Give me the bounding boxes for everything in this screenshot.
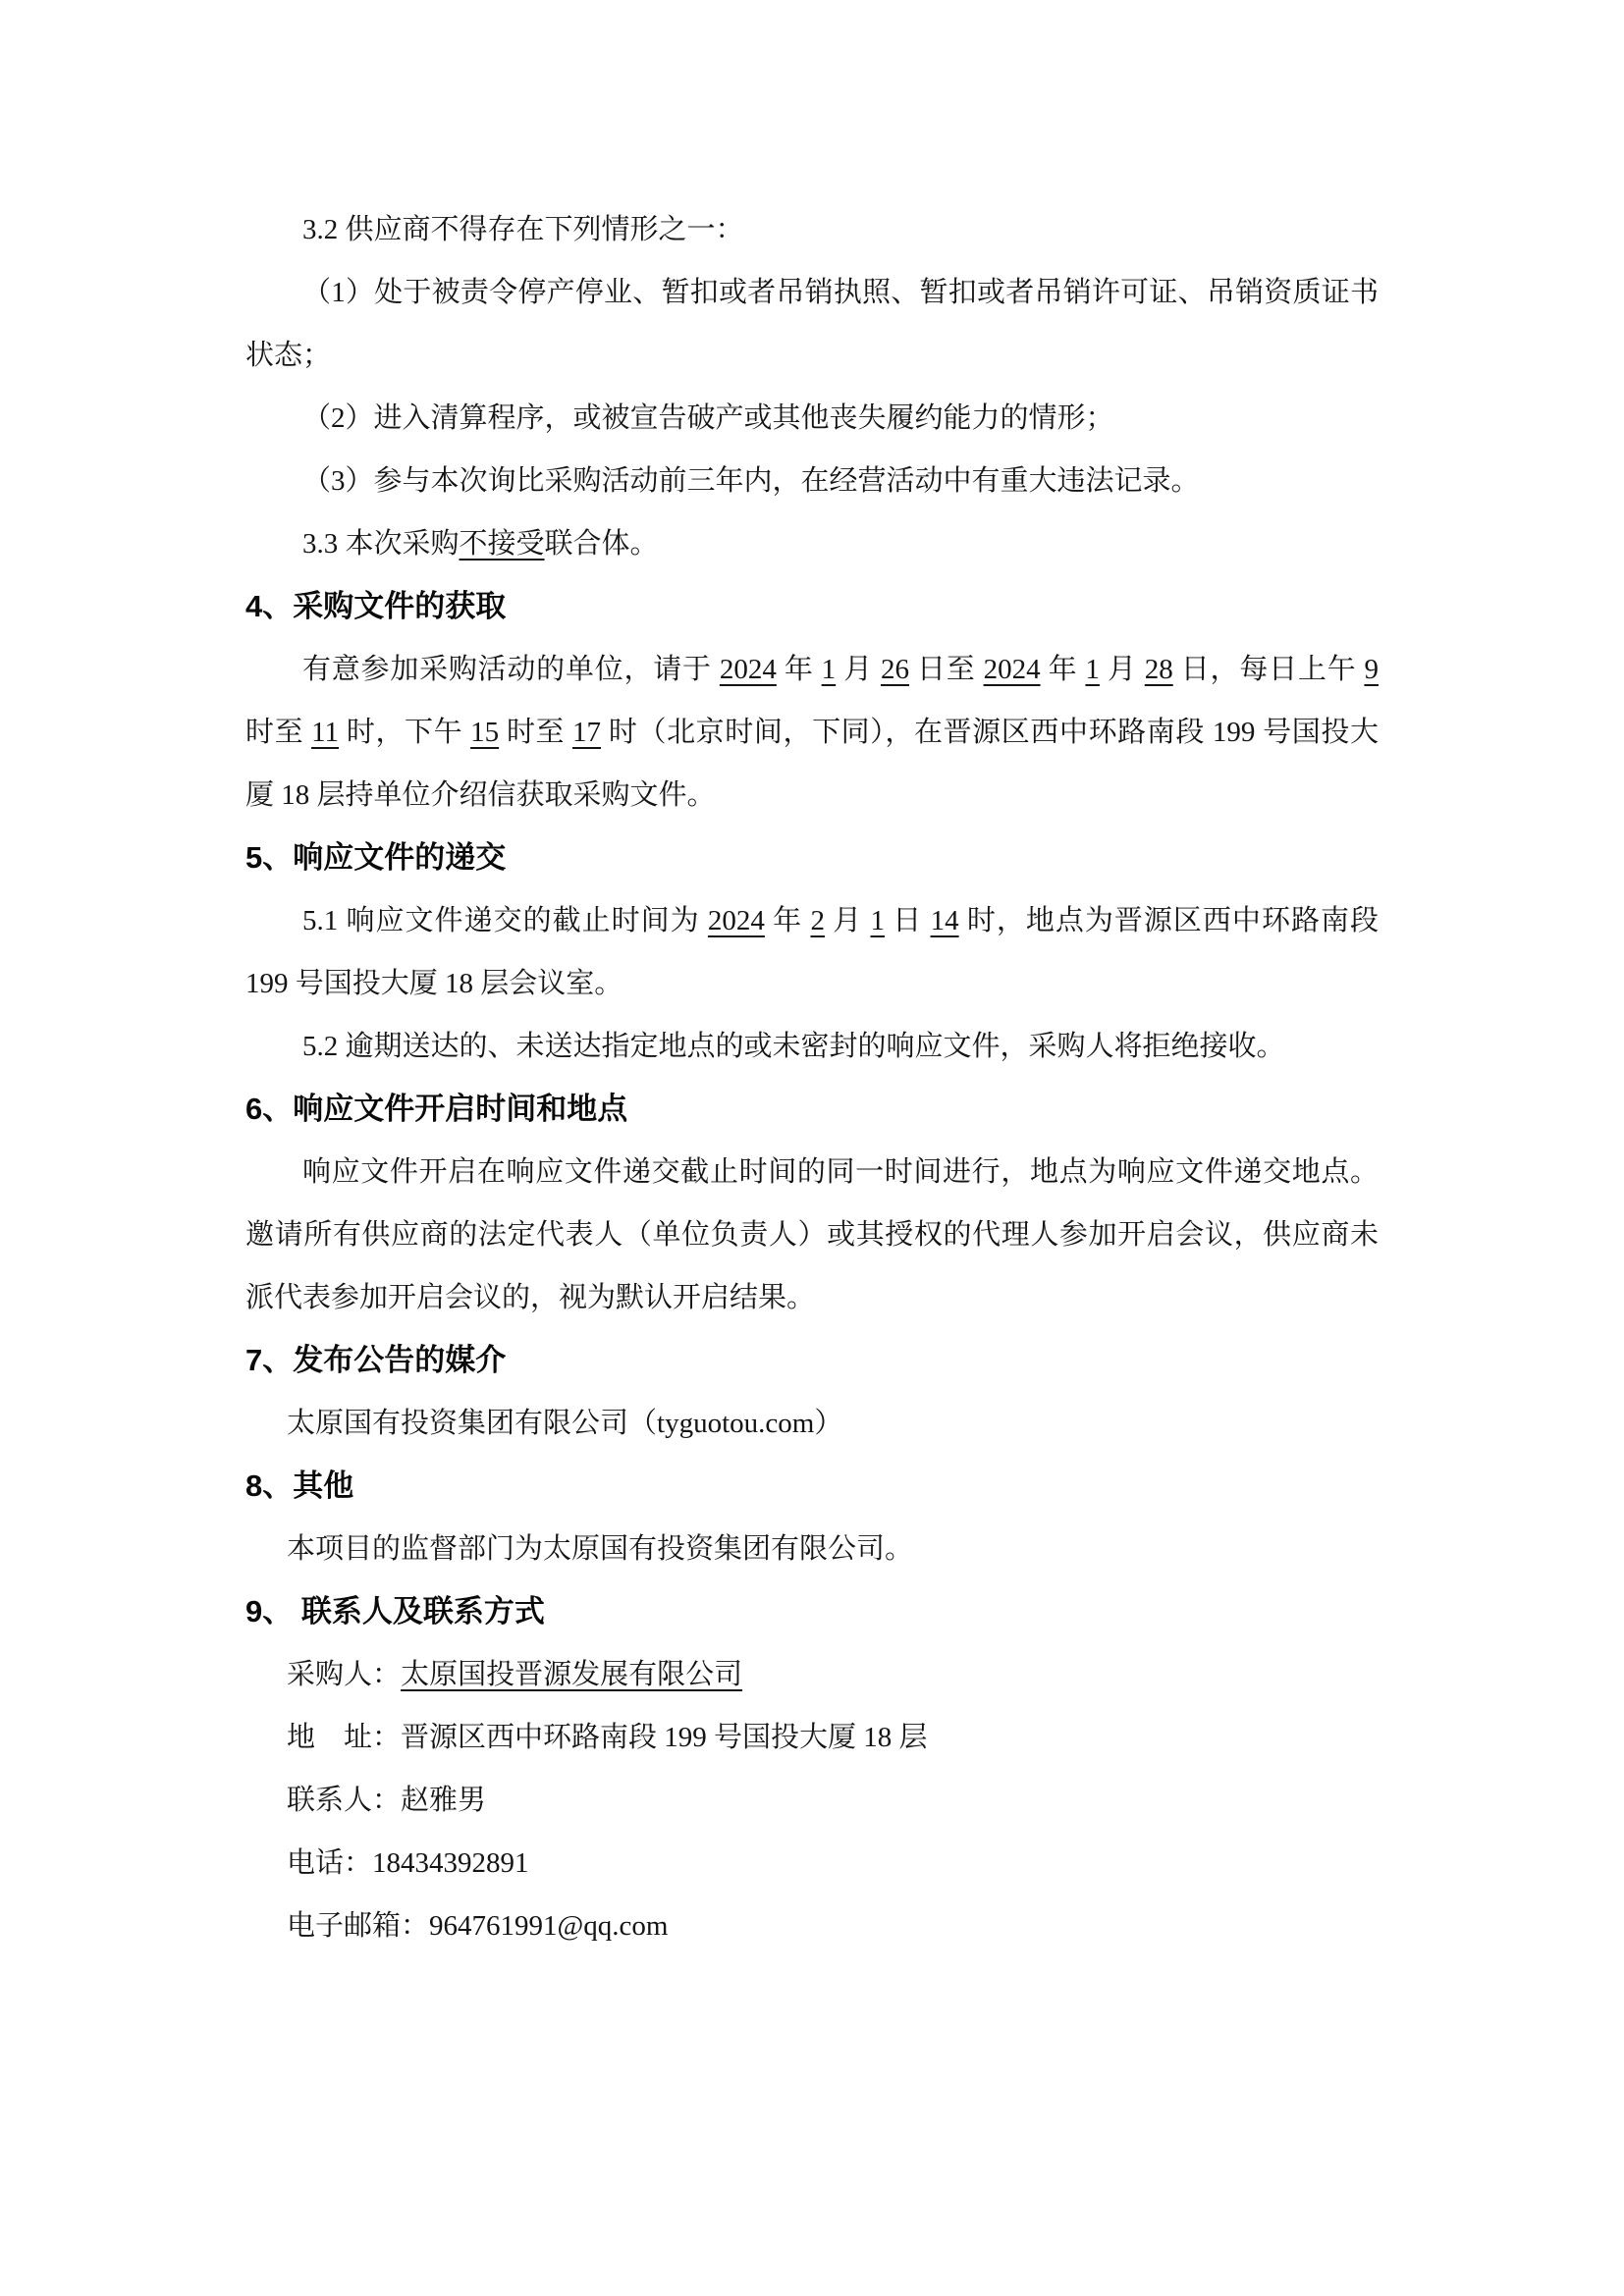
text-run: 7、发布公告的媒介: [245, 1343, 506, 1377]
text-run: 联系人：赵雅男: [287, 1785, 486, 1816]
underlined-text: 2024: [720, 654, 777, 685]
paragraph: 3.3 本次采购不接受联合体。: [245, 512, 1379, 575]
paragraph: 电子邮箱：964761991@qq.com: [245, 1895, 1379, 1957]
section-heading: 4、采购文件的获取: [245, 575, 1379, 638]
text-run: 4、采购文件的获取: [245, 589, 506, 623]
section-heading: 7、发布公告的媒介: [245, 1329, 1379, 1392]
text-run: 年: [777, 654, 822, 685]
document-body: 3.2 供应商不得存在下列情形之一：（1）处于被责令停产停业、暂扣或者吊销执照、…: [245, 198, 1379, 1957]
text-run: （3）参与本次询比采购活动前三年内，在经营活动中有重大违法记录。: [302, 465, 1200, 497]
underlined-text: 14: [931, 905, 959, 936]
paragraph: 联系人：赵雅男: [245, 1769, 1379, 1832]
underlined-text: 26: [881, 654, 909, 685]
text-run: 电子邮箱：964761991@qq.com: [287, 1910, 668, 1942]
underlined-text: 太原国投晋源发展有限公司: [401, 1659, 742, 1690]
paragraph: 响应文件开启在响应文件递交截止时间的同一时间进行，地点为响应文件递交地点。邀请所…: [245, 1141, 1379, 1329]
text-run: 时至: [245, 717, 311, 748]
text-run: 有意参加采购活动的单位，请于: [302, 654, 720, 685]
paragraph: 本项目的监督部门为太原国有投资集团有限公司。: [245, 1518, 1379, 1580]
text-run: 太原国有投资集团有限公司（tyguotou.com）: [287, 1408, 842, 1439]
underlined-text: 1: [871, 905, 886, 936]
text-run: 联合体。: [545, 528, 659, 560]
paragraph: 5.1 响应文件递交的截止时间为 2024 年 2 月 1 日 14 时，地点为…: [245, 889, 1379, 1015]
underlined-text: 11: [311, 717, 339, 748]
paragraph: 太原国有投资集团有限公司（tyguotou.com）: [245, 1392, 1379, 1455]
text-run: 电话：18434392891: [287, 1847, 529, 1879]
underlined-text: 1: [1085, 654, 1100, 685]
text-run: 5.2 逾期送达的、未送达指定地点的或未密封的响应文件，采购人将拒绝接收。: [302, 1031, 1285, 1062]
text-run: 响应文件开启在响应文件递交截止时间的同一时间进行，地点为响应文件递交地点。邀请所…: [245, 1156, 1379, 1313]
text-run: 3.2 供应商不得存在下列情形之一：: [302, 214, 744, 245]
text-run: 5.1 响应文件递交的截止时间为: [302, 905, 708, 936]
underlined-text: 2: [810, 905, 825, 936]
text-run: 日，每日上午: [1173, 654, 1365, 685]
text-run: 时至: [499, 717, 572, 748]
underlined-text: 2024: [708, 905, 765, 936]
text-run: 6、响应文件开启时间和地点: [245, 1092, 627, 1126]
section-heading: 5、响应文件的递交: [245, 827, 1379, 889]
text-run: 月: [825, 905, 871, 936]
text-run: （1）处于被责令停产停业、暂扣或者吊销执照、暂扣或者吊销许可证、吊销资质证书状态…: [245, 277, 1379, 371]
paragraph: （3）参与本次询比采购活动前三年内，在经营活动中有重大违法记录。: [245, 450, 1379, 512]
paragraph: （1）处于被责令停产停业、暂扣或者吊销执照、暂扣或者吊销许可证、吊销资质证书状态…: [245, 261, 1379, 387]
text-run: 本项目的监督部门为太原国有投资集团有限公司。: [287, 1533, 913, 1565]
text-run: 9、 联系人及联系方式: [245, 1594, 545, 1629]
underlined-text: 28: [1145, 654, 1173, 685]
text-run: 时，下午: [339, 717, 470, 748]
underlined-text: 15: [470, 717, 499, 748]
underlined-text: 9: [1364, 654, 1379, 685]
text-run: 5、响应文件的递交: [245, 840, 506, 875]
text-run: 地 址：晋源区西中环路南段 199 号国投大厦 18 层: [287, 1722, 928, 1753]
text-run: 日: [885, 905, 931, 936]
paragraph: （2）进入清算程序，或被宣告破产或其他丧失履约能力的情形；: [245, 387, 1379, 450]
text-run: 月: [836, 654, 881, 685]
text-run: 3.3 本次采购: [302, 528, 460, 560]
paragraph: 采购人：太原国投晋源发展有限公司: [245, 1643, 1379, 1706]
paragraph: 5.2 逾期送达的、未送达指定地点的或未密封的响应文件，采购人将拒绝接收。: [245, 1015, 1379, 1078]
text-run: 采购人：: [287, 1659, 401, 1690]
text-run: 月: [1100, 654, 1145, 685]
section-heading: 9、 联系人及联系方式: [245, 1580, 1379, 1643]
paragraph: 地 址：晋源区西中环路南段 199 号国投大厦 18 层: [245, 1706, 1379, 1769]
underlined-text: 1: [822, 654, 837, 685]
text-run: 年: [765, 905, 811, 936]
text-run: 日至: [909, 654, 984, 685]
section-heading: 8、其他: [245, 1455, 1379, 1518]
underlined-text: 2024: [984, 654, 1041, 685]
text-run: （2）进入清算程序，或被宣告破产或其他丧失履约能力的情形；: [302, 402, 1114, 434]
paragraph: 有意参加采购活动的单位，请于 2024 年 1 月 26 日至 2024 年 1…: [245, 638, 1379, 827]
underlined-text: 17: [572, 717, 601, 748]
underlined-text: 不接受: [460, 528, 545, 560]
paragraph: 电话：18434392891: [245, 1832, 1379, 1895]
paragraph: 3.2 供应商不得存在下列情形之一：: [245, 198, 1379, 261]
document-page: 3.2 供应商不得存在下列情形之一：（1）处于被责令停产停业、暂扣或者吊销执照、…: [0, 0, 1624, 2296]
text-run: 年: [1041, 654, 1086, 685]
text-run: 8、其他: [245, 1468, 353, 1503]
section-heading: 6、响应文件开启时间和地点: [245, 1078, 1379, 1141]
